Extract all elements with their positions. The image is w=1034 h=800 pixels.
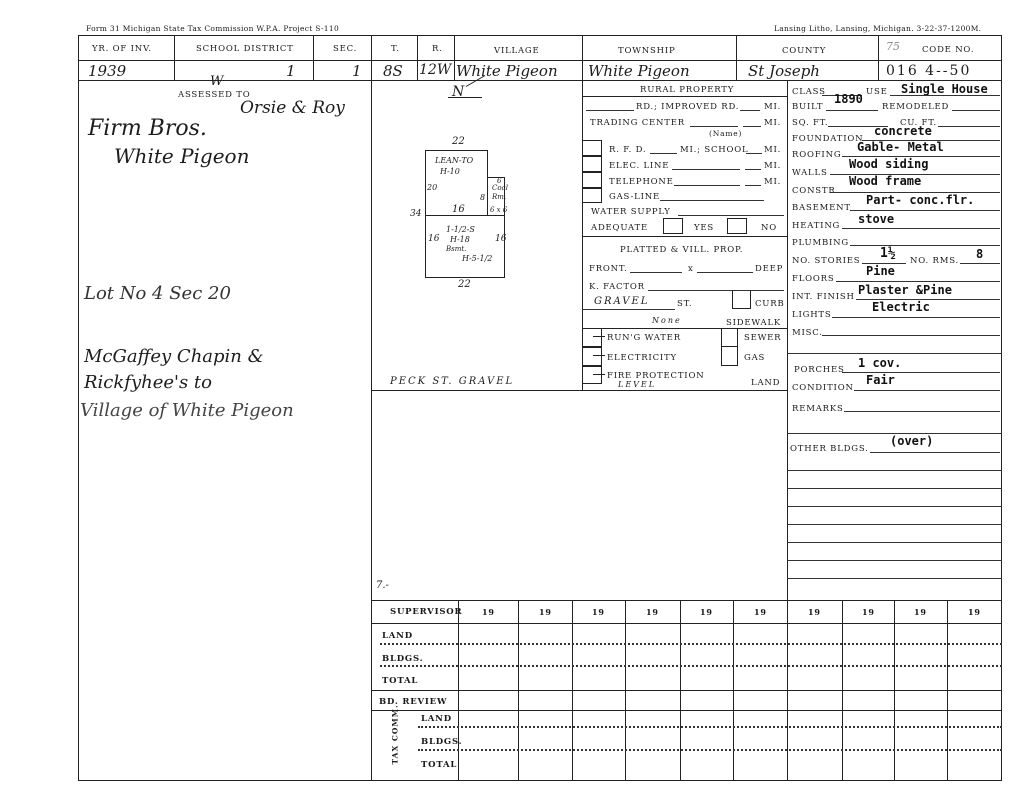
- assessed-to-owner[interactable]: Firm Bros.: [88, 116, 207, 141]
- school-mi-label: MI.: [764, 145, 781, 155]
- basement-label: BASEMENT: [792, 203, 851, 213]
- header-t: T.: [391, 44, 400, 54]
- rfd-checkbox[interactable]: [582, 140, 602, 156]
- running-water-label: RUN'G WATER: [607, 333, 681, 343]
- trading-center-mi-label: MI.: [764, 118, 781, 128]
- school-district-note: W: [210, 74, 223, 89]
- row-land-label: LAND: [382, 631, 413, 641]
- constr-label: CONSTR.: [792, 186, 839, 196]
- header-village: VILLAGE: [494, 46, 540, 56]
- other-bldgs-line[interactable]: [787, 470, 1002, 471]
- year-col-1[interactable]: 19: [482, 607, 495, 617]
- year-col-7[interactable]: 19: [808, 607, 821, 617]
- header-county: COUNTY: [782, 46, 826, 56]
- header-code-no: CODE NO.: [922, 45, 974, 55]
- sketch-lower-left-dim: 16: [428, 234, 439, 244]
- telephone-mi-label: MI.: [764, 177, 781, 187]
- township-value[interactable]: White Pigeon: [588, 62, 690, 80]
- gas-checkbox[interactable]: [721, 347, 738, 366]
- rfd-label: R. F. D.: [609, 145, 646, 155]
- name-hint: (Name): [709, 129, 742, 138]
- header-yr-of-inv: YR. OF INV.: [92, 44, 152, 54]
- year-col-8[interactable]: 19: [862, 607, 875, 617]
- running-water-checkbox[interactable]: [582, 328, 602, 347]
- year-col-9[interactable]: 19: [914, 607, 927, 617]
- legal-description-lot[interactable]: Lot No 4 Sec 20: [84, 283, 231, 304]
- floors-label: FLOORS: [792, 274, 835, 284]
- tax-comm-label: TAX COMM.: [391, 713, 400, 765]
- other-bldgs-line[interactable]: [787, 488, 1002, 489]
- sketch-lower-right-dim: 16: [495, 234, 506, 244]
- mi-school-label: MI.; SCHOOL: [680, 145, 748, 155]
- sidewalk-label: SIDEWALK: [726, 318, 781, 328]
- floors-value[interactable]: Pine: [866, 264, 895, 278]
- other-bldgs-line[interactable]: [787, 524, 1002, 525]
- assessed-to-owner-first[interactable]: Orsie & Roy: [240, 98, 345, 118]
- rooms-label: NO. RMS.: [910, 256, 959, 266]
- legal-description-line-4[interactable]: Village of White Pigeon: [80, 400, 294, 421]
- platted-property-title: PLATTED & VILL. PROP.: [620, 245, 743, 255]
- year-col-2[interactable]: 19: [539, 607, 552, 617]
- elec-line-label: ELEC. LINE: [609, 161, 669, 171]
- remarks-label: REMARKS: [792, 404, 844, 414]
- row-bd-review-label: BD. REVIEW: [379, 697, 447, 707]
- front-x-label: x: [688, 264, 694, 274]
- other-bldgs-label: OTHER BLDGS.: [790, 444, 869, 454]
- r-value[interactable]: 12W: [419, 62, 451, 78]
- deep-label: DEEP: [755, 264, 783, 274]
- legal-description-line-2[interactable]: McGaffey Chapin &: [84, 346, 264, 367]
- county-value[interactable]: St Joseph: [748, 62, 820, 80]
- check-mark-icon: [593, 374, 605, 375]
- class-label: CLASS: [792, 87, 826, 97]
- tax-comm-total-label: TOTAL: [421, 760, 457, 770]
- check-mark-icon: [593, 336, 605, 337]
- sketch-top-dim: 22: [452, 136, 465, 147]
- village-value[interactable]: White Pigeon: [456, 62, 558, 80]
- sketch-lower-room-label: 1-1/2-S: [446, 225, 475, 234]
- plumbing-label: PLUMBING: [792, 238, 849, 248]
- header-township: TOWNSHIP: [618, 46, 676, 56]
- elec-line-checkbox[interactable]: [582, 156, 602, 172]
- land-label: LAND: [751, 378, 780, 388]
- assessed-to-address[interactable]: White Pigeon: [114, 144, 249, 168]
- other-bldgs-value[interactable]: (over): [890, 434, 933, 448]
- remodeled-label: REMODELED: [882, 102, 949, 112]
- header-sec: SEC.: [333, 44, 357, 54]
- stories-label: NO. STORIES: [792, 256, 860, 266]
- sewer-label: SEWER: [744, 333, 781, 343]
- divider-left: [371, 80, 372, 781]
- condition-value[interactable]: Fair: [866, 373, 895, 387]
- adequate-label: ADEQUATE: [591, 223, 648, 233]
- telephone-label: TELEPHONE: [609, 177, 674, 187]
- rd-label: RD.; IMPROVED RD.: [636, 102, 739, 112]
- gas-line-checkbox[interactable]: [582, 188, 602, 203]
- curb-label: CURB: [755, 299, 785, 309]
- sketch-lower-room-height: H-18: [450, 235, 470, 244]
- year-col-10[interactable]: 19: [968, 607, 981, 617]
- check-mark-icon: [593, 355, 605, 356]
- lights-value[interactable]: Electric: [872, 300, 930, 314]
- tax-comm-bldgs-label: BLDGS.: [421, 737, 462, 747]
- other-bldgs-line[interactable]: [787, 560, 1002, 561]
- tax-comm-land-label: LAND: [421, 714, 452, 724]
- form-title: Form 31 Michigan State Tax Commission W.…: [86, 24, 339, 33]
- walls-label: WALLS: [792, 168, 828, 178]
- code-mark: 75: [886, 40, 900, 53]
- porches-value[interactable]: 1 cov.: [858, 356, 901, 370]
- rd-mi-label: MI.: [764, 102, 781, 112]
- rooms-value[interactable]: 8: [976, 247, 983, 261]
- sewer-checkbox[interactable]: [721, 328, 738, 347]
- foundation-label: FOUNDATION: [792, 134, 863, 144]
- int-finish-label: INT. FINISH: [792, 292, 855, 302]
- constr-value[interactable]: Wood frame: [849, 174, 921, 188]
- row-bldgs-label: BLDGS.: [382, 654, 423, 664]
- misc-label: MISC.: [792, 328, 823, 338]
- adequate-yes-checkbox[interactable]: [663, 218, 683, 234]
- heating-value[interactable]: stove: [858, 212, 894, 226]
- no-label: NO: [761, 223, 777, 233]
- header-r: R.: [432, 44, 443, 54]
- heating-label: HEATING: [792, 221, 840, 231]
- code-no-value[interactable]: 016 4--50: [886, 63, 971, 79]
- adequate-no-checkbox[interactable]: [727, 218, 747, 234]
- year-col-4[interactable]: 19: [646, 607, 659, 617]
- sketch-left-mark: 34: [410, 209, 421, 219]
- gas-line-label: GAS-LINE: [609, 192, 660, 202]
- sketch-coal-bottom-dim: 6 x 6: [490, 206, 507, 214]
- sketch-basement-label: Bsmt.: [446, 245, 466, 253]
- supervisor-label: SUPERVISOR: [390, 607, 462, 617]
- porches-label: PORCHES: [794, 365, 845, 375]
- foundation-value[interactable]: concrete: [874, 124, 932, 138]
- roofing-value[interactable]: Gable- Metal: [857, 140, 944, 154]
- condition-label: CONDITION: [792, 383, 854, 393]
- gas-label: GAS: [744, 353, 765, 363]
- roofing-label: ROOFING: [792, 150, 841, 160]
- yr-of-inv-value[interactable]: 1939: [88, 62, 126, 80]
- sec-value[interactable]: 1: [352, 62, 362, 80]
- printer-imprint: Lansing Litho, Lansing, Michigan. 3-22-3…: [774, 24, 981, 33]
- sketch-mid-dim: 16: [452, 204, 465, 215]
- k-factor-label: K. FACTOR: [589, 282, 645, 292]
- electricity-label: ELECTRICITY: [607, 353, 677, 363]
- sketch-coal-label-2: Rm.: [492, 193, 506, 201]
- lights-label: LIGHTS: [792, 310, 832, 320]
- year-col-5[interactable]: 19: [700, 607, 713, 617]
- street-value[interactable]: GRAVEL: [594, 296, 649, 307]
- sketch-coal-label: Coal: [492, 184, 508, 192]
- valuation-table-top: [371, 600, 1002, 601]
- basement-value[interactable]: Part- conc.flr.: [866, 193, 974, 207]
- sketch-coal-side-dim: 8: [480, 193, 485, 202]
- other-bldgs-line[interactable]: [787, 542, 1002, 543]
- school-district-value[interactable]: 1: [286, 62, 296, 80]
- sketch-upper-room-height: H-10: [440, 167, 460, 176]
- electricity-checkbox[interactable]: [582, 347, 602, 366]
- fire-protection-checkbox[interactable]: [582, 366, 602, 384]
- year-col-6[interactable]: 19: [754, 607, 767, 617]
- rural-property-title: RURAL PROPERTY: [640, 85, 734, 95]
- use-value[interactable]: Single House: [901, 82, 988, 96]
- other-bldgs-line[interactable]: [787, 578, 1002, 579]
- other-bldgs-line[interactable]: [787, 506, 1002, 507]
- walls-value[interactable]: Wood siding: [849, 157, 928, 171]
- north-arrow-icon: [448, 97, 482, 98]
- sketch-street-note: PECK ST. GRAVEL: [390, 376, 514, 387]
- sq-ft-label: SQ. FT.: [792, 118, 828, 128]
- sketch-bottom-dim: 22: [458, 279, 471, 290]
- int-finish-value[interactable]: Plaster &Pine: [858, 283, 952, 297]
- sketch-upper-room-label: LEAN-TO: [435, 156, 473, 165]
- t-value[interactable]: 8S: [383, 62, 403, 80]
- st-label: ST.: [677, 299, 692, 309]
- sidewalk-value[interactable]: None: [652, 316, 682, 325]
- legal-description-line-3[interactable]: Rickfyhee's to: [84, 372, 212, 393]
- header-school-district: SCHOOL DISTRICT: [196, 44, 294, 54]
- trading-center-label: TRADING CENTER: [590, 118, 685, 128]
- sketch-corner-note: 7.-: [376, 580, 389, 591]
- built-label: BUILT: [792, 102, 823, 112]
- row-total-label: TOTAL: [382, 676, 418, 686]
- water-supply-label: WATER SUPPLY: [591, 207, 671, 217]
- sketch-left-dim: 20: [427, 183, 437, 192]
- built-value[interactable]: 1890: [834, 92, 863, 106]
- land-value[interactable]: LEVEL: [618, 380, 656, 389]
- telephone-checkbox[interactable]: [582, 172, 602, 188]
- elec-mi-label: MI.: [764, 161, 781, 171]
- sketch-basement-height: H-5-1/2: [462, 254, 492, 263]
- yes-label: YES: [694, 223, 714, 233]
- year-col-3[interactable]: 19: [592, 607, 605, 617]
- stories-value[interactable]: 1½: [880, 246, 896, 261]
- use-label: USE: [866, 87, 888, 97]
- curb-checkbox[interactable]: [732, 290, 751, 309]
- front-label: FRONT.: [589, 264, 628, 274]
